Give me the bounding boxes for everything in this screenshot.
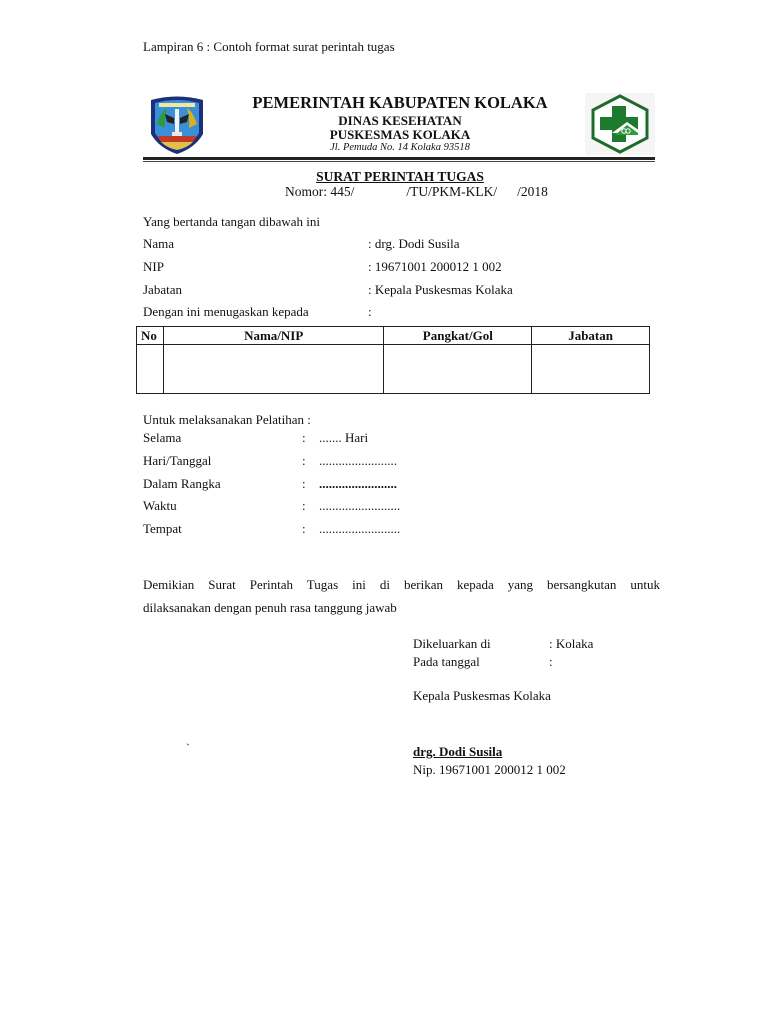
field-value-jabatan: : Kepala Puskesmas Kolaka: [368, 282, 513, 298]
training-colon: :: [302, 521, 306, 537]
training-colon: :: [302, 430, 306, 446]
field-value-assign: :: [368, 304, 372, 320]
training-value-selama: ....... Hari: [319, 430, 368, 446]
training-heading: Untuk melaksanakan Pelatihan :: [143, 412, 311, 428]
field-label-nip: NIP: [143, 259, 164, 275]
table-row: [137, 345, 650, 394]
closing-line-1: Demikian Surat Perintah Tugas ini di ber…: [143, 573, 660, 596]
header-pangkat-gol: Pangkat/Gol: [384, 327, 532, 345]
document-title: SURAT PERINTAH TUGAS: [200, 169, 600, 185]
header-jabatan: Jabatan: [532, 327, 650, 345]
signer-position: Kepala Puskesmas Kolaka: [413, 688, 551, 704]
attachment-label: Lampiran 6 : Contoh format surat perinta…: [143, 39, 395, 55]
number-middle: /TU/PKM-KLK/: [406, 184, 497, 200]
training-colon: :: [302, 498, 306, 514]
header-nama-nip: Nama/NIP: [163, 327, 383, 345]
signer-nip: Nip. 19671001 200012 1 002: [413, 762, 566, 778]
cell-nama-nip[interactable]: [163, 345, 383, 394]
number-suffix: /2018: [517, 184, 548, 200]
intro-text: Yang bertanda tangan dibawah ini: [143, 214, 320, 230]
letterhead-rule-thick: [143, 157, 655, 160]
stray-mark: `: [186, 741, 190, 756]
training-colon: :: [302, 476, 306, 492]
issued-date-value: :: [549, 654, 553, 670]
training-label-tempat: Tempat: [143, 521, 182, 537]
table-header-row: No Nama/NIP Pangkat/Gol Jabatan: [137, 327, 650, 345]
field-value-nama: : drg. Dodi Susila: [368, 236, 460, 252]
training-label-selama: Selama: [143, 430, 181, 446]
training-label-hari-tanggal: Hari/Tanggal: [143, 453, 211, 469]
field-label-nama: Nama: [143, 236, 174, 252]
cell-jabatan[interactable]: [532, 345, 650, 394]
closing-paragraph: Demikian Surat Perintah Tugas ini di ber…: [143, 573, 660, 619]
field-label-jabatan: Jabatan: [143, 282, 182, 298]
issued-at-label: Dikeluarkan di: [413, 636, 491, 652]
cell-no[interactable]: [137, 345, 164, 394]
assignee-table: No Nama/NIP Pangkat/Gol Jabatan: [136, 326, 650, 394]
letterhead-government: PEMERINTAH KABUPATEN KOLAKA: [200, 93, 600, 113]
closing-line-2: dilaksanakan dengan penuh rasa tanggung …: [143, 596, 660, 619]
document-number: Nomor: 445//TU/PKM-KLK//2018: [285, 184, 548, 200]
kabupaten-emblem-icon: [147, 94, 207, 156]
training-value-waktu: .........................: [319, 498, 400, 514]
training-colon: :: [302, 453, 306, 469]
field-label-assign: Dengan ini menugaskan kepada: [143, 304, 309, 320]
letterhead-address: Jl. Pemuda No. 14 Kolaka 93518: [200, 141, 600, 154]
cell-pangkat-gol[interactable]: [384, 345, 532, 394]
number-prefix: Nomor: 445/: [285, 184, 354, 200]
header-no: No: [137, 327, 164, 345]
signer-name: drg. Dodi Susila: [413, 744, 502, 760]
issued-date-label: Pada tanggal: [413, 654, 480, 670]
training-value-tempat: .........................: [319, 521, 400, 537]
field-value-nip: : 19671001 200012 1 002: [368, 259, 502, 275]
training-label-dalam-rangka: Dalam Rangka: [143, 476, 221, 492]
training-value-hari-tanggal: ........................: [319, 453, 397, 469]
issued-at-value: : Kolaka: [549, 636, 593, 652]
letterhead-rule-thin: [143, 161, 655, 162]
training-value-dalam-rangka: ........................: [319, 476, 397, 492]
training-label-waktu: Waktu: [143, 498, 177, 514]
